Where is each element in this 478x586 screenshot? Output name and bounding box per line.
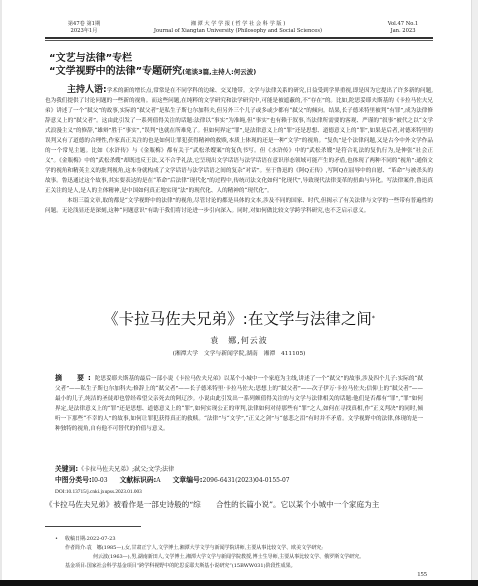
clc-label: 中图分类号: <box>55 476 92 484</box>
doc-code-value: A <box>156 477 160 484</box>
page-number: 155 <box>417 571 427 578</box>
article-number-label: 文章编号: <box>173 476 203 484</box>
column-subtitle: “文学视野中的法律”专题研究(笔谈3篇,主持人:何云波) <box>49 65 256 79</box>
page-right-edge <box>471 0 478 580</box>
running-header: 第47卷 第1期 2023年1月 湘 潭 大 学 学 报 ( 哲 学 社 会 科… <box>45 21 433 41</box>
footnote-received: •收稿日期:2022-07-23 <box>55 535 425 544</box>
column-subtitle-text: “文学视野中的法律”专题研究 <box>49 66 182 77</box>
article-title-text: 《卡拉马佐夫兄弟》:在文学与法律之间 <box>103 310 372 328</box>
column-title: “文艺与法律”专栏 <box>49 52 132 65</box>
header-rule <box>45 37 433 39</box>
header-rule-thin <box>45 40 433 41</box>
abstract-text: 陀思妥耶夫斯基的最后一部小说《卡拉马佐夫兄弟》以某个小城中一个家庭为主线,讲述了… <box>55 376 423 432</box>
page-bottom-bar <box>0 580 478 586</box>
fund-label: 基金项目: <box>65 563 87 569</box>
keywords-text: 《卡拉马佐夫兄弟》;弑父;文学;法律 <box>78 466 174 473</box>
date-cn: 2023年1月 <box>59 28 109 35</box>
host-remarks-text-1: 学术的新的增长点,常常是在不同学科的边缘、交叉地带。文学与法律关系的研究,日益受… <box>45 88 433 194</box>
keywords: 关键词:《卡拉马佐夫兄弟》;弑父;文学;法律 <box>55 465 423 474</box>
host-remarks: 主持人语:学术的新的增长点,常常是在不同学科的边缘、交叉地带。文学与法律关系的研… <box>45 85 433 216</box>
fund-text: 国家社会科学基金项目“跨学科视野中的陀思妥耶夫斯基小说研究”(15BWW031)… <box>87 563 296 569</box>
article-number-value: 2096-6431(2023)04-0155-07 <box>203 477 290 484</box>
received-date: 收稿日期:2022-07-23 <box>65 536 116 542</box>
author-info-label: 作者简介: <box>65 545 87 551</box>
footnote-rule <box>45 526 141 527</box>
abstract: 摘 要:陀思妥耶夫斯基的最后一部小说《卡拉马佐夫兄弟》以某个小城中一个家庭为主线… <box>55 373 423 434</box>
body-text-first-line: 《卡拉马佐夫兄弟》被看作是一部史诗般的“综 合性的长篇小说”。它以某个小城中一个… <box>45 499 433 510</box>
author-info-1: 袁 娜(1985—),女,甘肃正宁人,文学博士,湘潭大学文学与新闻学院讲师,主要… <box>87 545 323 551</box>
date-en: Jan. 2023 <box>373 28 433 35</box>
doc-code-label: 文献标识码: <box>120 476 157 484</box>
page-left-edge <box>0 0 2 580</box>
footnote-author-2: 何云波(1963—),男,湖南新田人,文学博士,湘潭大学文学与新闻学院教授,博士… <box>55 553 425 562</box>
clc-value: I0-03 <box>92 477 108 484</box>
abstract-label: 摘 要: <box>55 374 95 382</box>
host-remarks-label: 主持人语: <box>67 85 107 95</box>
bullet-icon: • <box>55 535 65 544</box>
host-remarks-paragraph-1: 主持人语:学术的新的增长点,常常是在不同学科的边缘、交叉地带。文学与法律关系的研… <box>45 85 433 196</box>
column-subtitle-note: (笔谈3篇,主持人:何云波) <box>182 68 256 76</box>
footnotes: •收稿日期:2022-07-23 作者简介:袁 娜(1985—),女,甘肃正宁人… <box>55 535 425 571</box>
footnote-fund: 基金项目:国家社会科学基金项目“跨学科视野中的陀思妥耶夫斯基小说研究”(15BW… <box>55 562 425 571</box>
affiliation: (湘潭大学 文学与新闻学院,湖南 湘潭 411105) <box>45 350 433 358</box>
header-volume-cn: 第47卷 第1期 2023年1月 <box>59 21 109 35</box>
doi: DOI:10.13715/j.cnki.jxupss.2023.01.003 <box>55 488 423 497</box>
header-journal: 湘 潭 大 学 学 报 ( 哲 学 社 会 科 学 版 ) Journal of… <box>148 21 328 35</box>
footnote-author-1: 作者简介:袁 娜(1985—),女,甘肃正宁人,文学博士,湘潭大学文学与新闻学院… <box>55 544 425 553</box>
journal-name-en: Journal of Xiangtan University (Philosop… <box>148 28 328 35</box>
volume-issue-en: Vol.47 No.1 <box>373 21 433 28</box>
keywords-label: 关键词: <box>55 465 78 473</box>
footnote-marker: * <box>372 315 375 322</box>
host-remarks-paragraph-2: 本组三篇文章,取的都是“文学视野中的法律”的视角,尽管讨论的都是具体的文本,涉及… <box>45 196 433 216</box>
volume-issue-cn: 第47卷 第1期 <box>59 21 109 28</box>
header-volume-en: Vol.47 No.1 Jan. 2023 <box>373 21 433 35</box>
article-title: 《卡拉马佐夫兄弟》:在文学与法律之间* <box>45 309 433 329</box>
classification-line: 中图分类号:I0-03文献标识码:A文章编号:2096-6431(2023)04… <box>55 476 423 485</box>
authors: 袁 娜,何云波 <box>45 336 433 346</box>
journal-name-cn: 湘 潭 大 学 学 报 ( 哲 学 社 会 科 学 版 ) <box>148 21 328 28</box>
